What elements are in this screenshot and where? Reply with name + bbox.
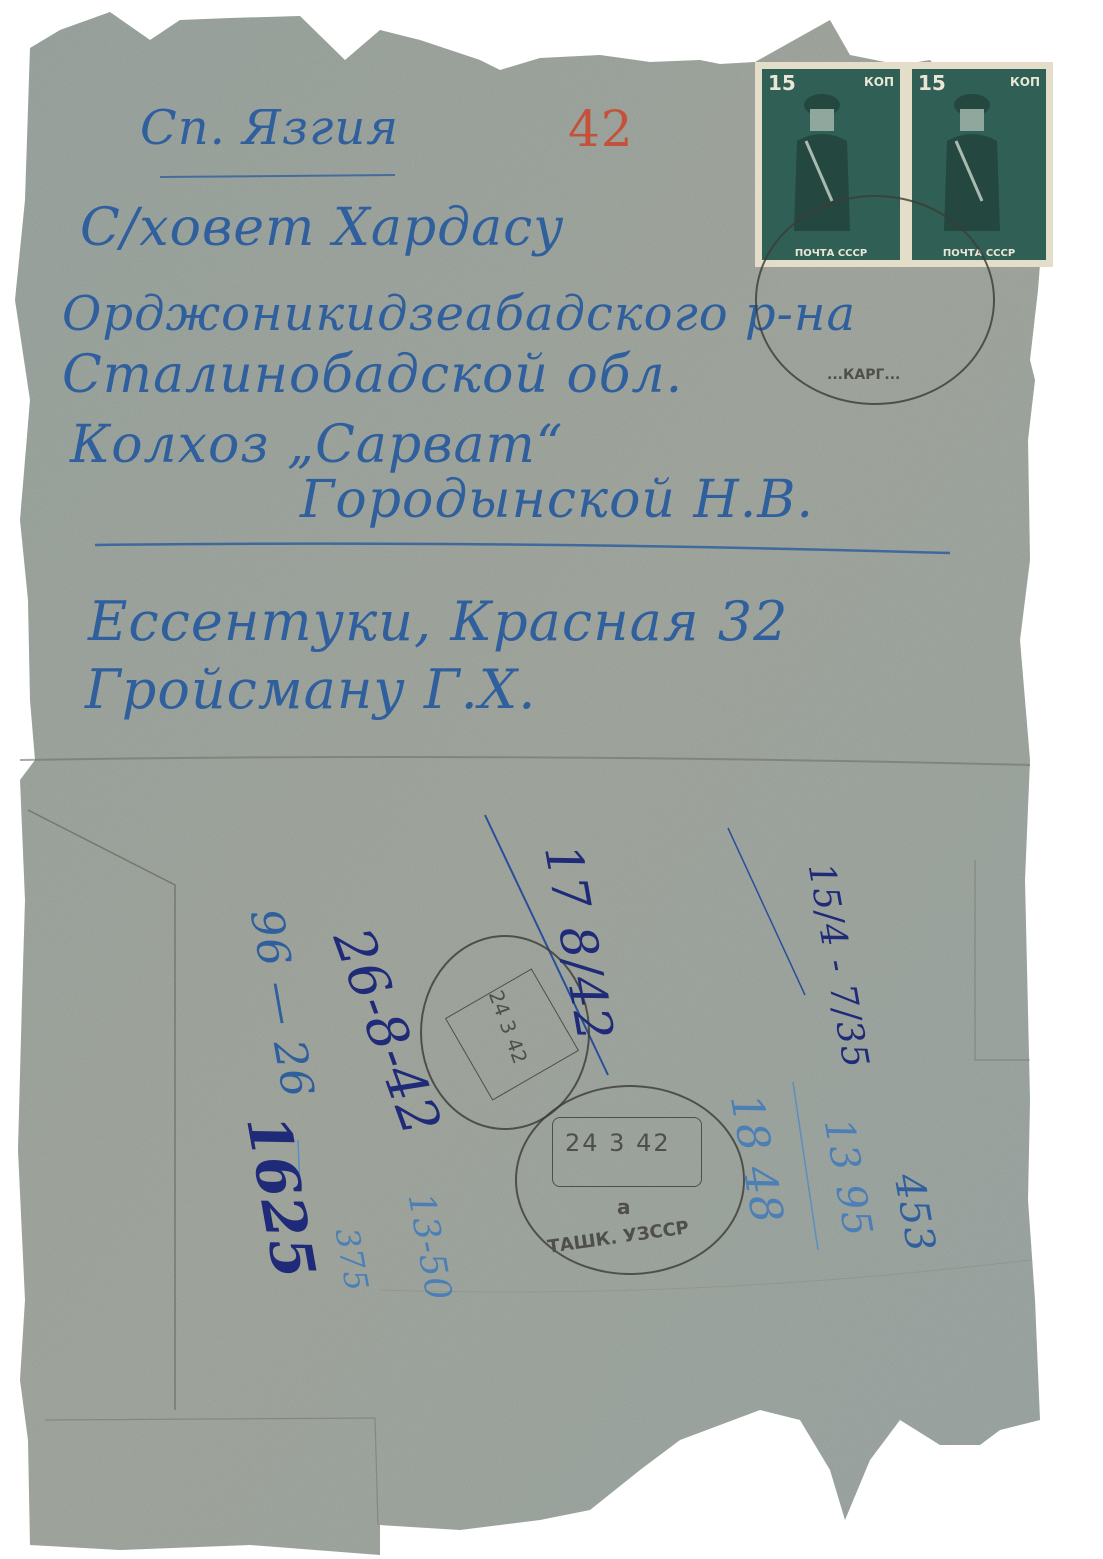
sender-line-1: Ессентуки, Красная 32 [88,590,789,653]
red-number-mark: 42 [568,100,634,158]
stamp-unit: КОП [864,75,894,89]
recipient-line-4: Колхоз „Сарват“ [70,415,563,475]
stamp-unit: КОП [1010,75,1040,89]
postmark-series: а [617,1195,631,1219]
postmark-text: ...КАРГ... [827,367,900,383]
recipient-line-2: Орджоникидзеабадского р-на [62,286,856,342]
recipient-line-3: Сталинобадской обл. [62,345,683,405]
recipient-line-5: Городынской Н.В. [300,470,814,530]
sender-line-2: Гройсману Г.Х. [85,658,536,721]
postmark-back-2: 24 3 42 а ТАШК. УЗССР [515,1085,745,1275]
postmark-date: 24 3 42 [565,1129,671,1157]
recipient-line-1: С/ховет Хардасу [80,198,564,258]
postmark-city: ТАШК. УЗССР [546,1217,690,1258]
top-note: Сп. Язгия [140,100,399,156]
soldier-icon [942,91,1002,231]
postmark-front: ...КАРГ... [755,195,995,405]
envelope-scan: Сп. Язгия 42 С/ховет Хардасу Орджоникидз… [0,0,1103,1559]
